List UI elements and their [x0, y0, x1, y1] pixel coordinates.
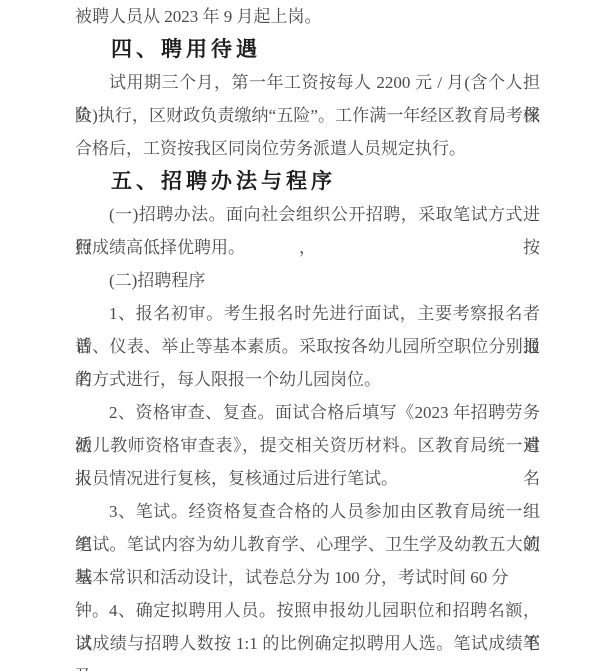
- document-text-block: 被聘人员从 2023 年 9 月起上岗。四、聘用待遇试用期三个月，第一年工资按每…: [75, 0, 540, 660]
- text-line: 险)执行，区财政负责缴纳“五险”。工作满一年经区教育局考核: [75, 99, 540, 132]
- text-line: (二)招聘程序: [75, 264, 540, 297]
- text-line: 被聘人员从 2023 年 9 月起上岗。: [75, 0, 540, 33]
- text-line: 基本常识和活动设计，试卷总分为 100 分，考试时间 60 分钟。: [75, 561, 540, 594]
- section-heading: 四、聘用待遇: [75, 33, 540, 66]
- document-page: 被聘人员从 2023 年 9 月起上岗。四、聘用待遇试用期三个月，第一年工资按每…: [0, 0, 600, 671]
- text-line: 试成绩与招聘人数按 1:1 的比例确定拟聘用人选。笔试成绩不及: [75, 627, 540, 660]
- text-line: 4、确定拟聘用人员。按照申报幼儿园职位和招聘名额，以笔: [75, 594, 540, 627]
- text-line: 幼儿教师资格审查表》，提交相关资历材料。区教育局统一对报名: [75, 429, 540, 462]
- text-line: 话、仪表、举止等基本素质。采取按各幼儿园所空职位分别报名: [75, 330, 540, 363]
- text-line: (一)招聘办法。面向社会组织公开招聘，采取笔试方式进行，按: [75, 198, 540, 231]
- text-line: 2、资格审查、复查。面试合格后填写《2023 年招聘劳务派遣: [75, 396, 540, 429]
- text-line: 的方式进行，每人限报一个幼儿园岗位。: [75, 363, 540, 396]
- text-line: 笔试。笔试内容为幼儿教育学、心理学、卫生学及幼教五大领域: [75, 528, 540, 561]
- section-heading: 五、招聘办法与程序: [75, 165, 540, 198]
- text-line: 合格后，工资按我区同岗位劳务派遣人员规定执行。: [75, 132, 540, 165]
- text-line: 试用期三个月，第一年工资按每人 2200 元 / 月(含个人担负保: [75, 66, 540, 99]
- text-line: 1、报名初审。考生报名时先进行面试，主要考察报名者普通: [75, 297, 540, 330]
- text-line: 3、笔试。经资格复查合格的人员参加由区教育局统一组织的: [75, 495, 540, 528]
